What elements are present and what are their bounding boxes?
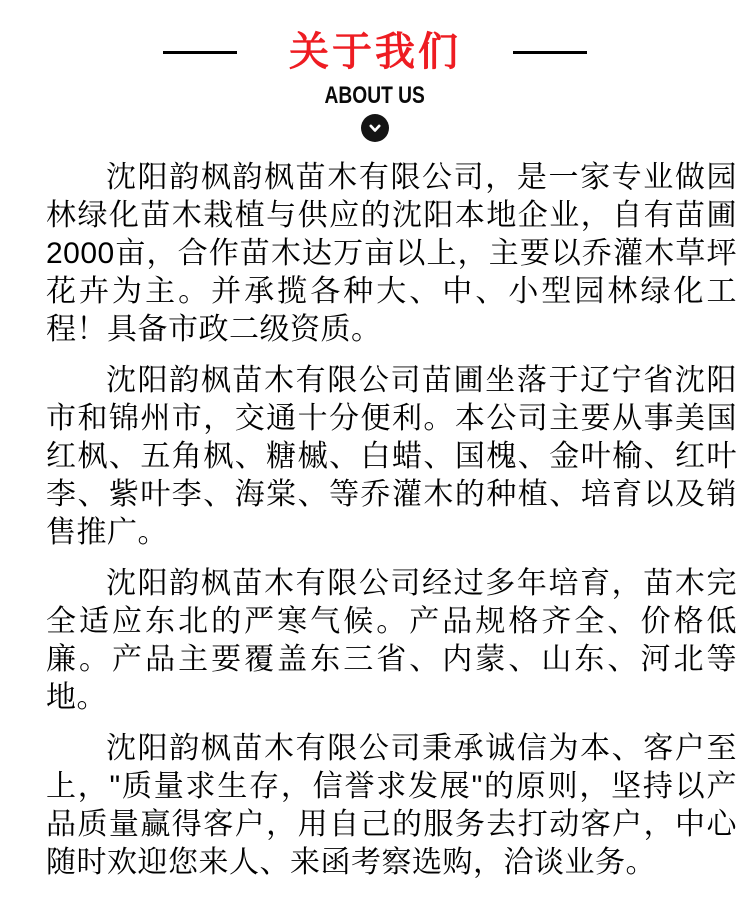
decorative-line-left	[163, 51, 237, 54]
decorative-line-right	[513, 51, 587, 54]
scroll-down-button[interactable]	[361, 114, 389, 142]
title-row: 关于我们	[0, 30, 750, 74]
section-subtitle-wrap: ABOUT US	[0, 85, 750, 107]
section-header: 关于我们 ABOUT US	[0, 0, 750, 142]
about-text-section: 沈阳韵枫韵枫苗木有限公司，是一家专业做园林绿化苗木栽植与供应的沈阳本地企业，自有…	[0, 142, 750, 902]
about-us-page: 关于我们 ABOUT US 沈阳韵枫韵枫苗木有限公司，是一家专业做园林绿化苗木栽…	[0, 0, 750, 902]
about-paragraph-4: 沈阳韵枫苗木有限公司秉承诚信为本、客户至上，"质量求生存，信誉求发展"的原则，坚…	[46, 730, 737, 882]
about-paragraph-1: 沈阳韵枫韵枫苗木有限公司，是一家专业做园林绿化苗木栽植与供应的沈阳本地企业，自有…	[46, 159, 737, 349]
section-subtitle: ABOUT US	[325, 85, 425, 107]
chevron-down-icon	[365, 118, 385, 138]
about-paragraph-3: 沈阳韵枫苗木有限公司经过多年培育，苗木完全适应东北的严寒气候。产品规格齐全、价格…	[46, 565, 737, 717]
about-paragraph-2: 沈阳韵枫苗木有限公司苗圃坐落于辽宁省沈阳市和锦州市，交通十分便利。本公司主要从事…	[46, 362, 737, 552]
section-title: 关于我们	[289, 30, 461, 74]
